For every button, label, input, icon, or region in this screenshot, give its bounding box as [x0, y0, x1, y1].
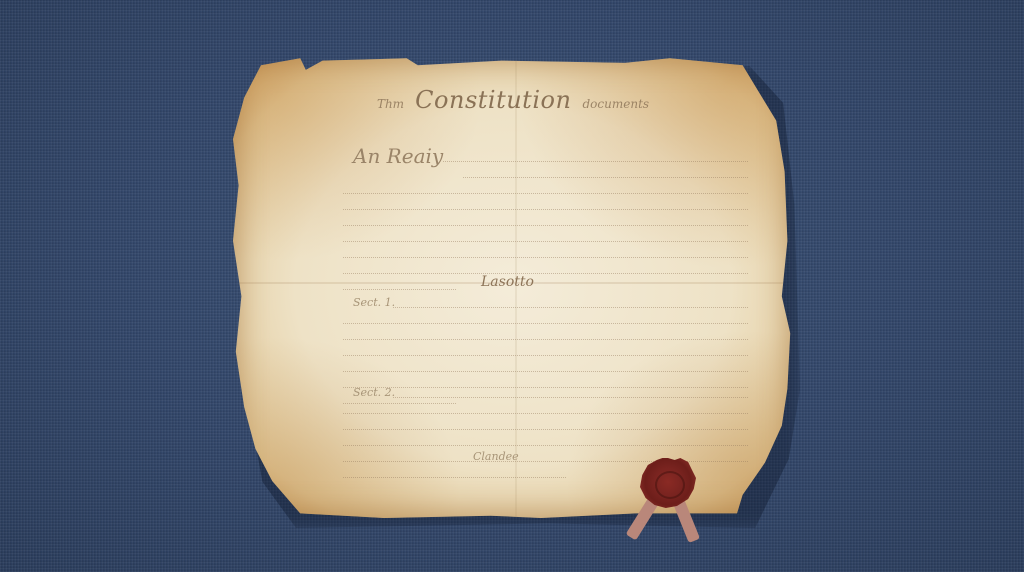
- script-line: [343, 256, 748, 258]
- script-line: [343, 338, 748, 340]
- document-title: Thm Constitution documents: [233, 86, 793, 114]
- script-line: [393, 396, 748, 398]
- script-line: [343, 386, 748, 388]
- script-line: [343, 354, 748, 356]
- script-line: [343, 288, 456, 290]
- script-line: [343, 208, 748, 210]
- script-line: [343, 224, 748, 226]
- script-line: [343, 272, 748, 274]
- script-line: [463, 176, 748, 178]
- title-main: Constitution: [415, 86, 571, 114]
- closing-word: Clandee: [473, 450, 519, 463]
- script-line: [343, 322, 748, 324]
- script-line: [343, 240, 748, 242]
- paragraph-one: [343, 160, 748, 304]
- wax-seal-impression: [655, 471, 685, 499]
- parchment-document: Thm Constitution documents An Reaiy Laso…: [233, 56, 793, 518]
- title-prefix: Thm: [377, 97, 404, 111]
- title-suffix: documents: [583, 97, 650, 111]
- script-line: [343, 192, 748, 194]
- script-line: [343, 370, 748, 372]
- script-line: [343, 428, 748, 430]
- section-heading: Lasotto: [481, 274, 534, 290]
- script-line: [343, 412, 748, 414]
- script-line: [393, 306, 748, 308]
- script-line: [443, 160, 748, 162]
- script-line: [343, 444, 748, 446]
- script-line: [343, 476, 566, 478]
